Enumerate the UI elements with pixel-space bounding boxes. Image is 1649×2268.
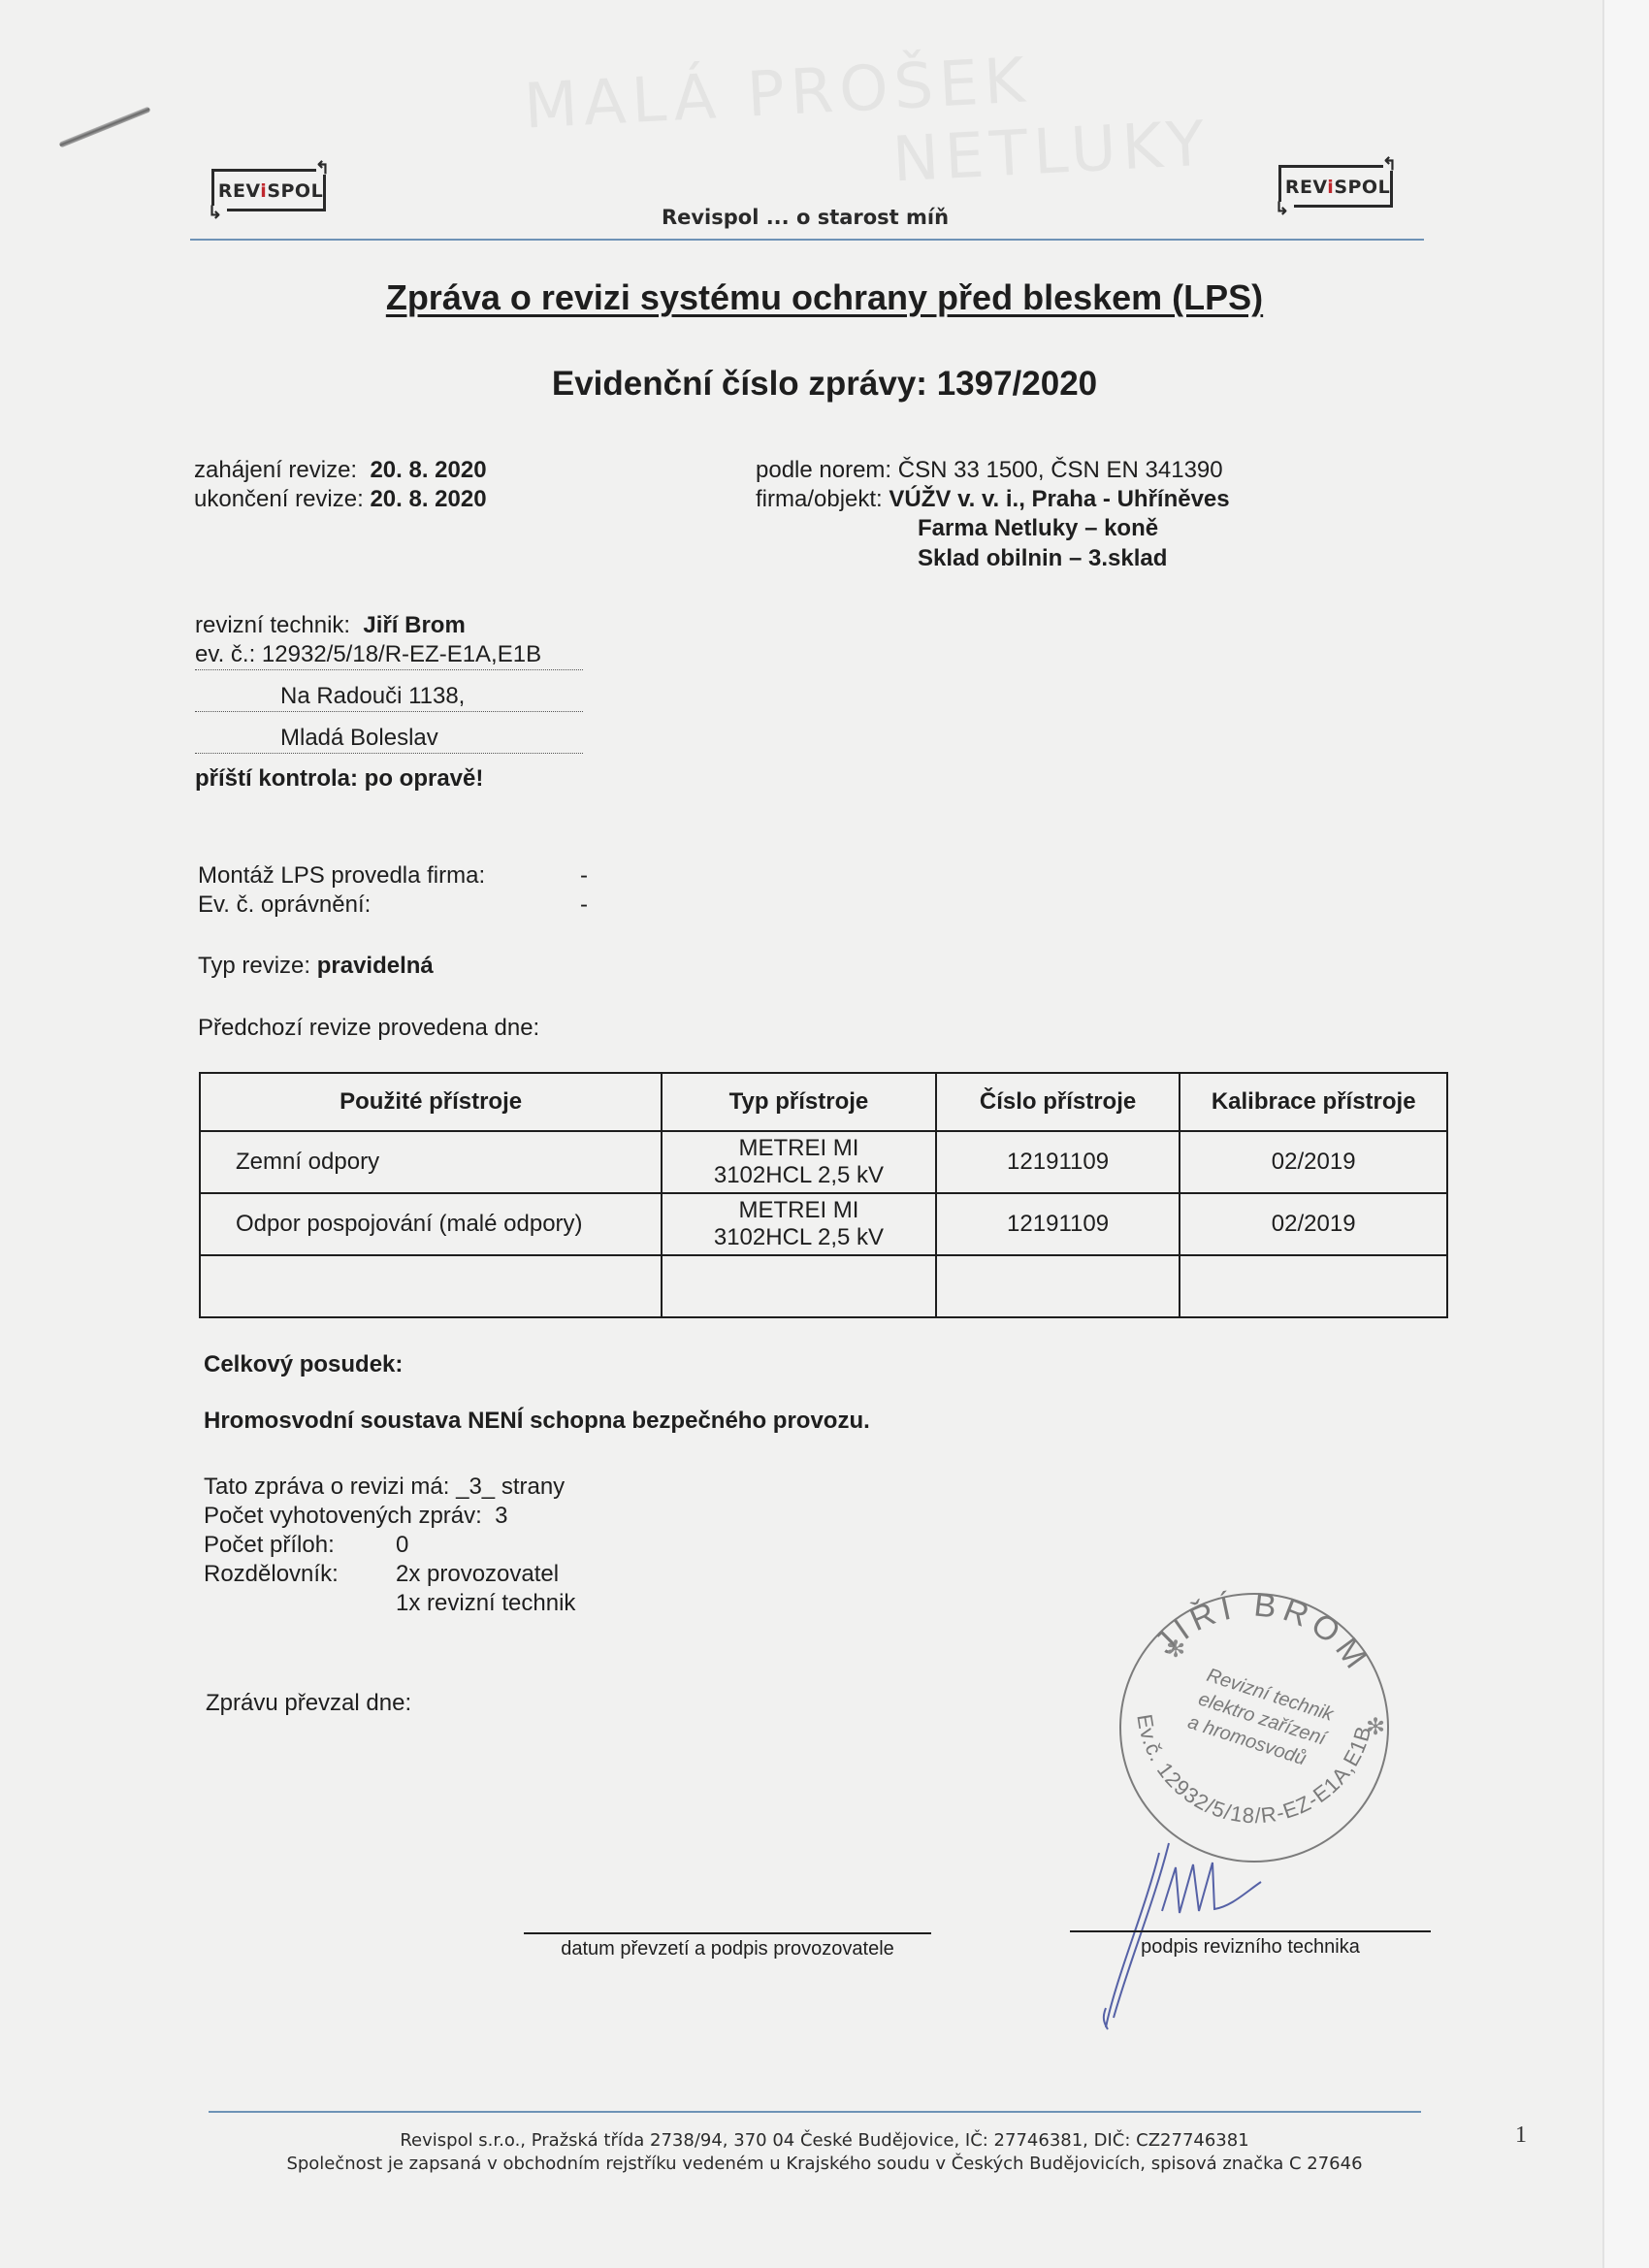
bleed-through-handwriting: NETLUKY <box>890 108 1212 196</box>
footer-registration-info: Společnost je zapsaná v obchodním rejstř… <box>194 2154 1455 2174</box>
instrument-type: METREI MI3102HCL 2,5 kV <box>662 1131 936 1193</box>
received-label: Zprávu převzal dne: <box>206 1689 411 1718</box>
installation-firm-label: Montáž LPS provedla firma: <box>198 861 485 891</box>
authorization-value: - <box>580 891 588 920</box>
star-icon: ✻ <box>1366 1714 1385 1740</box>
table-row: Zemní odpory METREI MI3102HCL 2,5 kV 121… <box>200 1131 1447 1193</box>
revispol-logo-left: ↰ ↳ REViSPOL <box>206 161 336 217</box>
footer-divider <box>209 2111 1421 2113</box>
stamp-top-arc: JIŘÍ BROM <box>1148 1589 1377 1680</box>
pages-count: Tato zpráva o revizi má: _3_ strany <box>204 1473 565 1502</box>
previous-revision: Předchozí revize provedena dne: <box>198 1014 539 1043</box>
table-row: Odpor pospojování (malé odpory) METREI M… <box>200 1193 1447 1255</box>
footer-company-info: Revispol s.r.o., Pražská třída 2738/94, … <box>194 2130 1455 2151</box>
assessment-verdict: Hromosvodní soustava NENÍ schopna bezpeč… <box>204 1407 870 1436</box>
table-header-row: Použité přístroje Typ přístroje Číslo př… <box>200 1073 1447 1131</box>
arrow-left-icon: ↰ <box>1382 155 1397 173</box>
star-icon: ✻ <box>1166 1636 1185 1663</box>
staple-mark <box>59 106 151 147</box>
installation-firm-value: - <box>580 861 588 891</box>
technician-ev-number: ev. č.: 12932/5/18/R-EZ-E1A,E1B <box>195 640 583 670</box>
attachments-label: Počet příloh: <box>204 1531 335 1560</box>
column-header: Kalibrace přístroje <box>1180 1073 1447 1131</box>
technician-signature-line <box>1070 1930 1431 1932</box>
instrument-calibration: 02/2019 <box>1180 1131 1447 1193</box>
firm-object: firma/objekt: VÚŽV v. v. i., Praha - Uhř… <box>756 485 1230 514</box>
company-tagline: Revispol ... o starost míň <box>582 206 1028 229</box>
instrument-type <box>662 1255 936 1317</box>
instrument-use: Odpor pospojování (malé odpory) <box>200 1193 662 1255</box>
revision-end: ukončení revize: 20. 8. 2020 <box>194 485 487 514</box>
norms: podle norem: ČSN 33 1500, ČSN EN 341390 <box>756 456 1223 485</box>
technician: revizní technik: Jiří Brom <box>195 611 466 640</box>
page-margin-shadow <box>1604 0 1649 2268</box>
distribution-label: Rozdělovník: <box>204 1560 339 1589</box>
report-number: 1397/2020 <box>937 365 1097 403</box>
authorization-label: Ev. č. oprávnění: <box>198 891 371 920</box>
page-number: 1 <box>1515 2122 1527 2149</box>
copies-count: Počet vyhotovených zpráv: 3 <box>204 1502 508 1531</box>
arrow-right-icon: ↳ <box>208 204 222 221</box>
operator-signature-line <box>524 1932 931 1934</box>
distribution-item: 2x provozovatel <box>396 1560 559 1589</box>
page-edge <box>1602 0 1604 2268</box>
instrument-use <box>200 1255 662 1317</box>
instruments-table: Použité přístroje Typ přístroje Číslo př… <box>199 1072 1448 1318</box>
object-line-2: Farma Netluky – koně <box>918 514 1158 543</box>
object-line-3: Sklad obilnin – 3.sklad <box>918 544 1167 573</box>
instrument-type: METREI MI3102HCL 2,5 kV <box>662 1193 936 1255</box>
distribution-item: 1x revizní technik <box>396 1589 575 1618</box>
document-title: Zpráva o revizi systému ochrany před ble… <box>194 277 1455 318</box>
assessment-label: Celkový posudek: <box>204 1350 403 1379</box>
instrument-number <box>936 1255 1180 1317</box>
attachments-value: 0 <box>396 1531 408 1560</box>
arrow-left-icon: ↰ <box>315 159 330 177</box>
table-row-empty <box>200 1255 1447 1317</box>
operator-signature-label: datum převzetí a podpis provozovatele <box>524 1938 931 1960</box>
technician-signature-label: podpis revizního technika <box>1070 1936 1431 1959</box>
next-check: příští kontrola: po opravě! <box>195 764 483 794</box>
svg-text:Ev.č. 12932/5/18/R-EZ-E1A,E1B: Ev.č. 12932/5/18/R-EZ-E1A,E1B <box>1132 1712 1375 1828</box>
revision-start: zahájení revize: 20. 8. 2020 <box>194 456 487 485</box>
column-header: Typ přístroje <box>662 1073 936 1131</box>
instrument-calibration: 02/2019 <box>1180 1193 1447 1255</box>
svg-text:JIŘÍ BROM: JIŘÍ BROM <box>1148 1589 1377 1680</box>
instrument-number: 12191109 <box>936 1131 1180 1193</box>
stamp-bottom-arc: Ev.č. 12932/5/18/R-EZ-E1A,E1B <box>1132 1712 1375 1828</box>
column-header: Použité přístroje <box>200 1073 662 1131</box>
instrument-number: 12191109 <box>936 1193 1180 1255</box>
arrow-right-icon: ↳ <box>1275 200 1289 217</box>
instrument-use: Zemní odpory <box>200 1131 662 1193</box>
technician-address-1: Na Radouči 1138, <box>195 682 583 712</box>
instrument-calibration <box>1180 1255 1447 1317</box>
technician-address-2: Mladá Boleslav <box>195 724 583 754</box>
report-number-heading: Evidenční číslo zprávy: 1397/2020 <box>194 365 1455 404</box>
revision-type: Typ revize: pravidelná <box>198 952 434 981</box>
column-header: Číslo přístroje <box>936 1073 1180 1131</box>
header-divider <box>190 239 1424 241</box>
revispol-logo-right: ↰ ↳ REViSPOL <box>1273 157 1403 213</box>
